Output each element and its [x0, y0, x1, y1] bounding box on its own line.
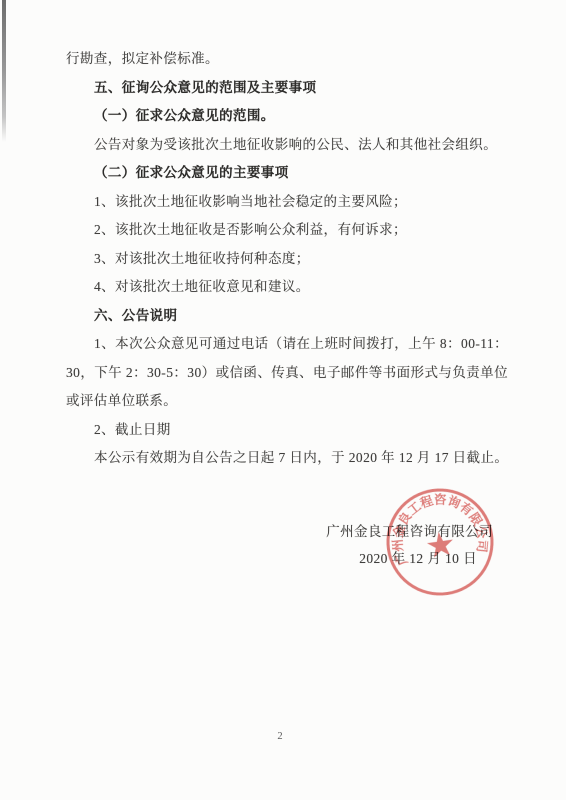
company-seal: 广州金良工程咨询有限公司 ★	[361, 463, 519, 621]
section-heading: （一）征求公众意见的范围。	[66, 102, 508, 131]
paragraph-line: 2、截止日期	[66, 416, 508, 445]
page-number: 2	[0, 731, 560, 742]
section-heading: 五、征询公众意见的范围及主要事项	[66, 74, 508, 103]
paragraph-line: 1、本次公众意见可通过电话（请在上班时间拨打，上午 8：00-11：	[66, 330, 508, 359]
paragraph-line: 或评估单位联系。	[66, 387, 508, 416]
paragraph-line: 公告对象为受该批次土地征收影响的公民、法人和其他社会组织。	[66, 131, 508, 160]
star-icon: ★	[423, 526, 458, 567]
section-heading: （二）征求公众意见的主要事项	[66, 159, 508, 188]
list-item-line: 1、该批次土地征收影响当地社会稳定的主要风险；	[66, 188, 508, 217]
paragraph-line: 30，下午 2：30-5：30）或信函、传真、电子邮件等书面形式与负责单位	[66, 359, 508, 388]
paragraph-line: 本公示有效期为自公告之日起 7 日内，于 2020 年 12 月 17 日截止。	[66, 444, 508, 473]
paragraph-line: 行勘查，拟定补偿标准。	[66, 45, 508, 74]
document-page: 行勘查，拟定补偿标准。 五、征询公众意见的范围及主要事项 （一）征求公众意见的范…	[0, 0, 566, 800]
list-item-line: 2、该批次土地征收是否影响公众利益，有何诉求；	[66, 216, 508, 245]
section-heading: 六、公告说明	[66, 302, 508, 331]
list-item-line: 4、对该批次土地征收意见和建议。	[66, 273, 508, 302]
list-item-line: 3、对该批次土地征收持何种态度；	[66, 245, 508, 274]
